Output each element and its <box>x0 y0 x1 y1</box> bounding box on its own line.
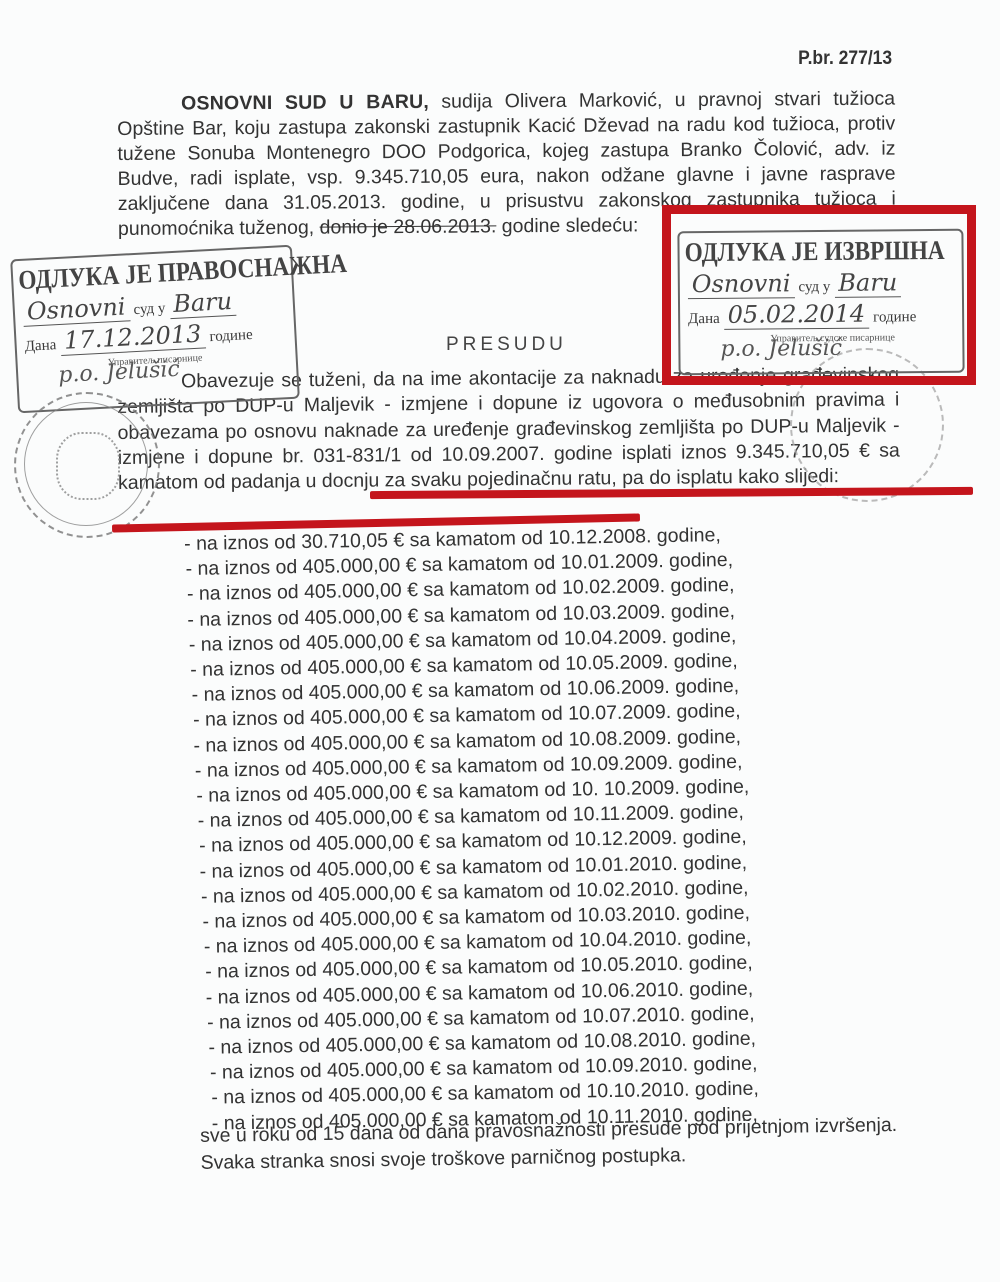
installment-amount: 405.000,00 € <box>318 882 432 906</box>
red-highlight-box <box>662 205 976 385</box>
coat-of-arms-icon <box>56 432 120 500</box>
installment-date: 10.08.2009. <box>568 727 671 751</box>
installment-prefix: - na iznos od <box>208 1035 325 1059</box>
installment-prefix: - na iznos od <box>189 632 306 656</box>
scanned-court-document: P.br. 277/13 OSNOVNI SUD U BARU, sudija … <box>0 0 1000 1282</box>
installment-date: 10.04.2009. <box>564 626 667 650</box>
installment-prefix: - na iznos od <box>199 833 316 857</box>
installment-middle: sa kamatom od <box>441 1056 586 1080</box>
installment-middle: sa kamatom od <box>426 753 571 777</box>
closing-section: sve u roku od 15 dana od dana pravosnažn… <box>130 1111 931 1178</box>
installment-prefix: - na iznos od <box>204 934 321 958</box>
installment-suffix: godine, <box>667 625 737 648</box>
installment-suffix: godine, <box>670 675 740 698</box>
installment-middle: sa kamatom od <box>418 602 563 626</box>
installment-amount: 405.000,00 € <box>323 983 437 1007</box>
installment-date: 10.06.2010. <box>581 978 684 1002</box>
installment-middle: sa kamatom od <box>421 653 566 677</box>
installment-date: 10.04.2010. <box>579 928 682 952</box>
installment-prefix: - na iznos od <box>206 984 323 1008</box>
installment-middle: sa kamatom od <box>424 728 569 752</box>
installment-middle: sa kamatom od <box>404 527 549 551</box>
installment-suffix: godine, <box>671 700 741 723</box>
installment-middle: sa kamatom od <box>442 1081 587 1105</box>
installment-prefix: - na iznos od <box>187 581 304 605</box>
installment-suffix: godine, <box>680 776 750 799</box>
intro-end: godine sledeću: <box>496 214 638 237</box>
installment-suffix: godine, <box>684 977 754 1000</box>
installment-date: 10.03.2009. <box>562 601 665 625</box>
installment-middle: sa kamatom od <box>429 804 574 828</box>
installment-amount: 405.000,00 € <box>304 605 418 629</box>
installment-amount: 405.000,00 € <box>317 857 431 881</box>
installment-prefix: - na iznos od <box>211 1085 328 1109</box>
installment-middle: sa kamatom od <box>430 854 575 878</box>
installment-amount: 405.000,00 € <box>307 655 421 679</box>
installment-suffix: godine, <box>671 725 741 748</box>
installment-date: 10.03.2010. <box>577 903 680 927</box>
stamp-date-handwriting: 17.12.2013 <box>59 319 206 356</box>
installment-amount: 405.000,00 € <box>325 1033 439 1057</box>
installment-prefix: - na iznos od <box>187 607 304 631</box>
installment-amount: 405.000,00 € <box>324 1008 438 1032</box>
installment-suffix: godine, <box>677 826 747 849</box>
case-number: P.br. 277/13 <box>798 48 892 70</box>
installment-suffix: godine, <box>673 751 743 774</box>
installment-date: 10.11.2009. <box>573 802 675 826</box>
installment-middle: sa kamatom od <box>438 1005 583 1029</box>
installment-prefix: - na iznos od <box>199 858 316 882</box>
installment-date: 10.05.2009. <box>565 651 668 675</box>
installment-amount: 405.000,00 € <box>310 731 424 755</box>
stamp-final-decision: ОДЛУКА ЈЕ ПРАВОСНАЖНА Osnovni суд у Baru… <box>10 245 300 414</box>
installment-prefix: - na iznos od <box>202 909 319 933</box>
installment-amount: 405.000,00 € <box>313 781 427 805</box>
installment-prefix: - na iznos od <box>207 1010 324 1034</box>
installment-suffix: godine, <box>665 599 735 622</box>
installment-amount: 405.000,00 € <box>306 630 420 654</box>
installment-suffix: godine, <box>686 1028 756 1051</box>
installment-suffix: godine, <box>680 902 750 925</box>
court-name: OSNOVNI SUD U BARU, <box>181 91 429 115</box>
installment-date: 10.05.2010. <box>580 953 683 977</box>
installment-middle: sa kamatom od <box>436 955 581 979</box>
installment-date: 10.12.2009. <box>574 827 677 851</box>
installment-middle: sa kamatom od <box>439 1031 584 1055</box>
stamp-court-label: суд у <box>133 300 166 319</box>
installment-date: 10.12.2008. <box>548 525 651 549</box>
installment-amount: 405.000,00 € <box>328 1083 442 1107</box>
installment-date: 10.06.2009. <box>567 676 670 700</box>
installment-middle: sa kamatom od <box>436 980 581 1004</box>
installment-prefix: - na iznos od <box>195 758 312 782</box>
stamp-court-handwriting: Osnovni <box>22 292 130 327</box>
installment-prefix: - na iznos od <box>190 657 307 681</box>
installment-prefix: - na iznos od <box>205 959 322 983</box>
installment-amount: 405.000,00 € <box>304 580 418 604</box>
installment-amount: 405.000,00 € <box>310 705 424 729</box>
installment-date: 10.01.2009. <box>560 550 663 574</box>
installment-middle: sa kamatom od <box>420 628 565 652</box>
struck-date: donio je 28.06.2013. <box>320 215 497 238</box>
verdict-heading: PRESUDU <box>446 334 567 356</box>
installment-middle: sa kamatom od <box>430 829 575 853</box>
installment-date: 10. 10.2009. <box>571 777 680 801</box>
installment-suffix: godine, <box>674 801 744 824</box>
installment-suffix: godine, <box>663 549 733 572</box>
installment-middle: sa kamatom od <box>435 930 580 954</box>
installment-date: 10.09.2010. <box>585 1054 688 1078</box>
installment-date: 10.02.2010. <box>576 878 679 902</box>
installment-suffix: godine, <box>665 574 735 597</box>
court-seal-left <box>14 392 160 538</box>
installment-suffix: godine, <box>677 851 747 874</box>
installment-amount: 405.000,00 € <box>322 957 436 981</box>
installment-suffix: godine, <box>651 524 721 547</box>
installment-date: 10.09.2009. <box>570 752 673 776</box>
installment-middle: sa kamatom od <box>424 703 569 727</box>
installment-middle: sa kamatom od <box>416 552 561 576</box>
installment-middle: sa kamatom od <box>432 879 577 903</box>
installment-suffix: godine, <box>689 1078 759 1101</box>
installment-date: 10.01.2010. <box>574 853 677 877</box>
installment-suffix: godine, <box>679 877 749 900</box>
installment-prefix: - na iznos od <box>196 783 313 807</box>
installment-middle: sa kamatom od <box>422 678 567 702</box>
installment-date: 10.10.2010. <box>586 1079 689 1103</box>
stamp-place-handwriting: Baru <box>168 287 236 319</box>
costs-text: Svaka stranka snosi svoje troškove parni… <box>200 1144 686 1174</box>
installment-middle: sa kamatom od <box>427 779 572 803</box>
installment-middle: sa kamatom od <box>418 577 563 601</box>
installment-suffix: godine, <box>685 1002 755 1025</box>
installment-amount: 405.000,00 € <box>309 680 423 704</box>
stamp-year-label: године <box>209 327 253 346</box>
installment-prefix: - na iznos od <box>210 1060 327 1084</box>
installment-date: 10.07.2010. <box>582 1004 685 1028</box>
installment-suffix: godine, <box>683 952 753 975</box>
installment-suffix: godine, <box>682 927 752 950</box>
installment-prefix: - na iznos od <box>192 682 309 706</box>
installment-amount: 405.000,00 € <box>302 554 416 578</box>
installment-prefix: - na iznos od <box>193 707 310 731</box>
installment-amount: 405.000,00 € <box>316 831 430 855</box>
installment-list: - na iznos od 30.710,05 € sa kamatom od … <box>184 523 759 1137</box>
installment-date: 10.08.2010. <box>583 1029 686 1053</box>
installment-amount: 405.000,00 € <box>319 907 433 931</box>
installment-prefix: - na iznos od <box>184 531 301 555</box>
installment-middle: sa kamatom od <box>433 905 578 929</box>
installment-prefix: - na iznos od <box>185 556 302 580</box>
installment-prefix: - na iznos od <box>193 733 310 757</box>
installment-amount: 405.000,00 € <box>312 756 426 780</box>
installment-amount: 405.000,00 € <box>327 1058 441 1082</box>
installment-prefix: - na iznos od <box>198 808 315 832</box>
stamp-date-label: Дана <box>24 337 56 356</box>
installment-prefix: - na iznos od <box>201 884 318 908</box>
installment-date: 10.07.2009. <box>568 701 671 725</box>
installment-amount: 405.000,00 € <box>315 806 429 830</box>
installment-amount: 405.000,00 € <box>321 932 435 956</box>
installment-amount: 30.710,05 € <box>301 529 404 553</box>
installment-suffix: godine, <box>668 650 738 673</box>
installment-suffix: godine, <box>688 1053 758 1076</box>
installment-date: 10.02.2009. <box>562 575 665 599</box>
